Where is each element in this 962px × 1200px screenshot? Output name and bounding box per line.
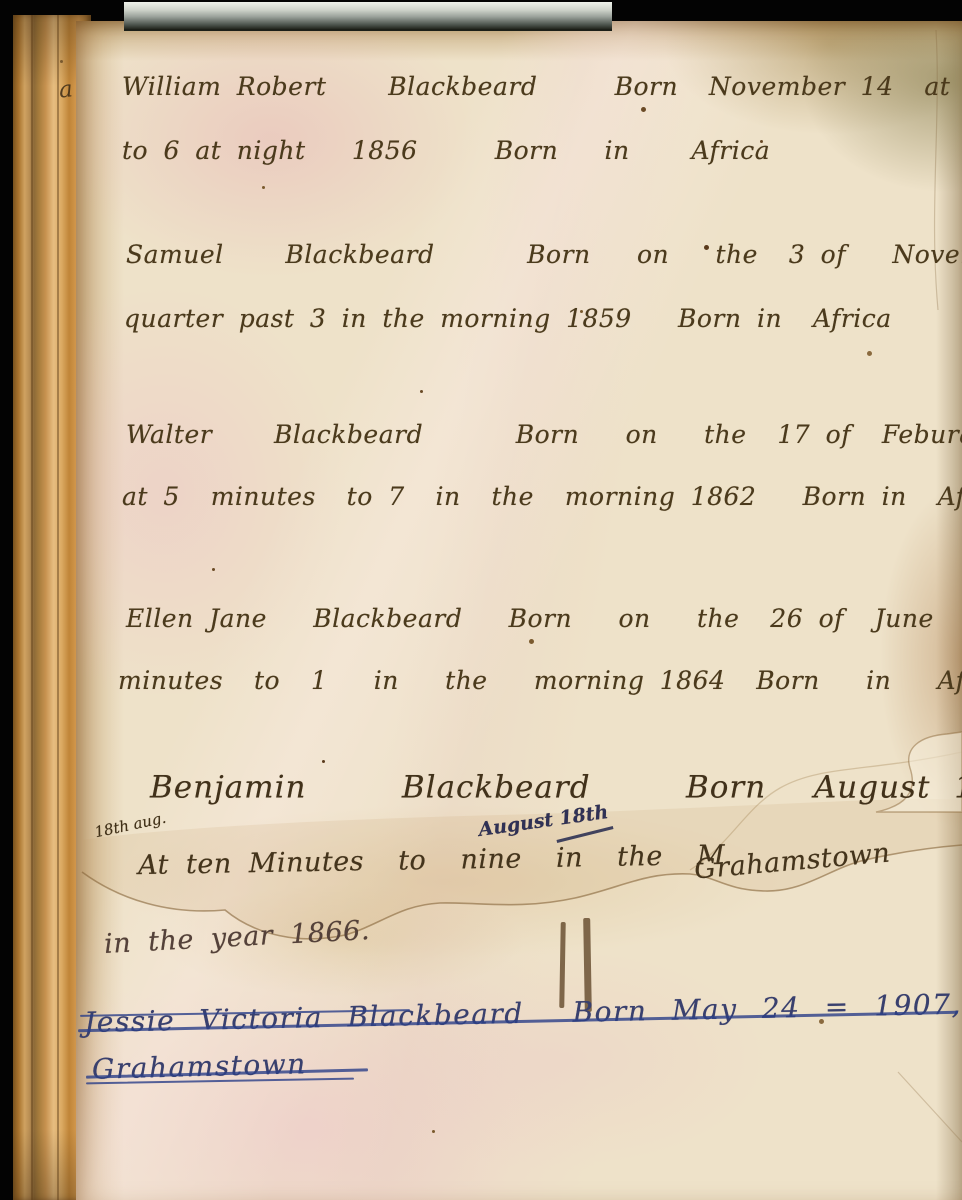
register-line: Samuel Blackbeard Born on the 3 of Novem…	[126, 240, 962, 269]
register-line: minutes to 1 in the morning 1864 Born in…	[118, 666, 962, 695]
book-scan: a William Robert Blackbeard Born Novembe…	[0, 0, 962, 1200]
register-line: Ellen Jane Blackbeard Born on the 26 of …	[126, 604, 962, 633]
register-line-text: Benjamin Blackbeard Born August 18	[150, 769, 962, 805]
register-line: Walter Blackbeard Born on the 17 of Febu…	[126, 420, 962, 449]
crease-line	[898, 1072, 962, 1142]
register-line: Benjamin Blackbeard Born August 18th	[150, 768, 962, 805]
register-line: quarter past 3 in the morning 1859 Born …	[124, 304, 892, 333]
register-line: at 5 minutes to 7 in the morning 1862 Bo…	[122, 482, 962, 511]
register-line: to 6 at night 1856 Born in Africa	[122, 136, 770, 165]
register-line: William Robert Blackbeard Born November …	[122, 72, 962, 101]
